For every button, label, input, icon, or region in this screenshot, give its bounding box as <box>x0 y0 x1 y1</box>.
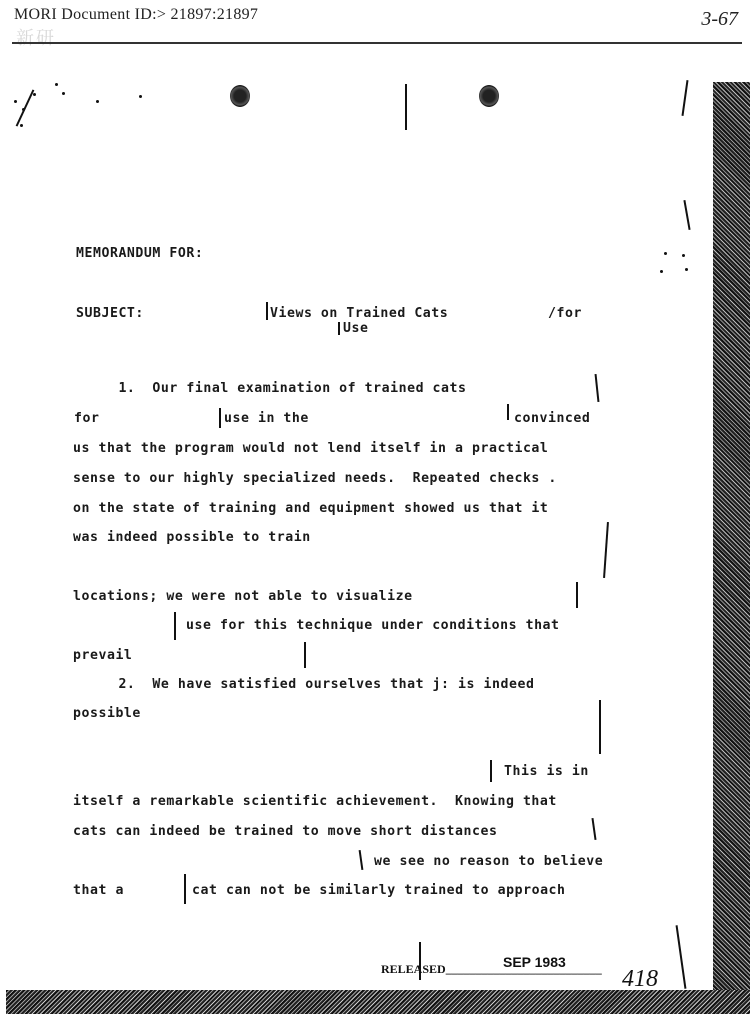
paragraph-1-line: 1. Our final examination of trained cats <box>76 381 467 396</box>
paragraph-2-line: itself a remarkable scientific achieveme… <box>73 794 557 809</box>
release-date: SEP 1983 <box>503 954 566 970</box>
paragraph-1-line: prevail <box>73 648 132 663</box>
scan-edge-right <box>713 82 750 1012</box>
page-number: 3-67 <box>701 8 738 31</box>
header-rule <box>12 42 742 44</box>
paragraph-1-line: use in the <box>224 411 309 426</box>
handwritten-number: 418 <box>622 966 658 993</box>
subject-use: Use <box>343 321 368 336</box>
paragraph-1-line: convinced <box>514 411 590 426</box>
paragraph-1-line: for <box>74 411 99 426</box>
punch-hole-left <box>230 85 250 107</box>
paragraph-1-line: sense to our highly specialized needs. R… <box>73 471 557 486</box>
watermark: 新研 <box>16 24 56 50</box>
paragraph-2-line: This is in <box>504 764 589 779</box>
paragraph-2-line: cat can not be similarly trained to appr… <box>192 883 566 898</box>
memorandum-for-label: MEMORANDUM FOR: <box>76 246 203 261</box>
released-stamp: RELEASED__________________________ <box>381 962 602 977</box>
paragraph-2-line: cats can indeed be trained to move short… <box>73 824 497 839</box>
paragraph-1-line: us that the program would not lend itsel… <box>73 441 548 456</box>
paragraph-1-line: was indeed possible to train <box>73 530 311 545</box>
punch-hole-right <box>479 85 499 107</box>
paragraph-1-line: use for this technique under conditions … <box>186 618 560 633</box>
paragraph-2-line: that a <box>73 883 124 898</box>
subject-for: /for <box>548 306 582 321</box>
paragraph-2-line: we see no reason to believe <box>374 854 603 869</box>
scan-edge-bottom <box>6 990 750 1014</box>
paragraph-2-line: possible <box>73 706 141 721</box>
paragraph-1-line: locations; we were not able to visualize <box>73 589 413 604</box>
document-id-header: MORI Document ID:> 21897:21897 <box>14 6 258 24</box>
paragraph-2-line: 2. We have satisfied ourselves that j: i… <box>76 677 534 692</box>
paragraph-1-line: on the state of training and equipment s… <box>73 501 548 516</box>
subject-text: Views on Trained Cats <box>270 306 448 321</box>
subject-label: SUBJECT: <box>76 306 144 321</box>
